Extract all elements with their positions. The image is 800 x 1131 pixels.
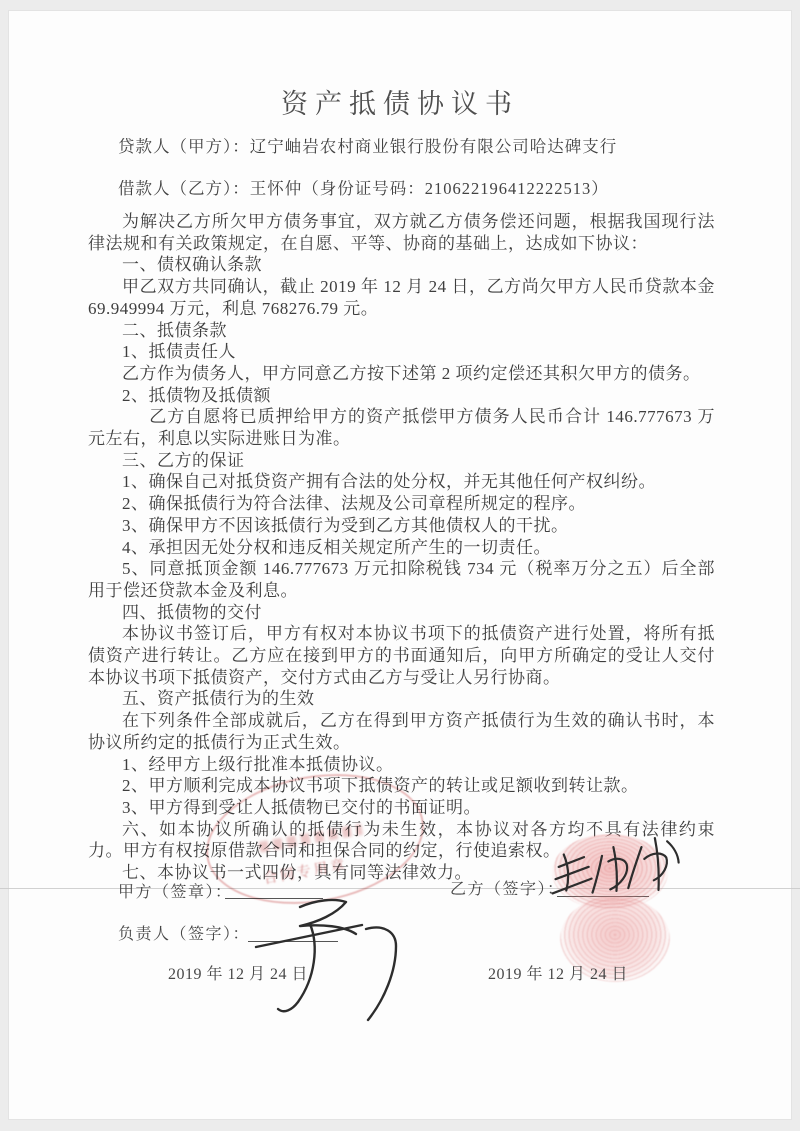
party-b-signature-label: 乙方（签字）：: [450, 876, 565, 899]
lender-line: 贷款人（甲方）：辽宁岫岩农村商业银行股份有限公司哈达碑支行: [118, 133, 738, 157]
scanned-agreement-page: { "document": { "title": "资产抵债协议书", "len…: [0, 0, 800, 1131]
paragraph: 甲乙双方共同确认，截止 2019 年 12 月 24 日，乙方尚欠甲方人民币贷款…: [88, 276, 715, 319]
paragraph: 乙方作为债务人，甲方同意乙方按下述第 2 项约定偿还其积欠甲方的债务。: [88, 363, 715, 385]
date-party-b: 2019 年 12 月 24 日: [488, 961, 628, 984]
paragraph: 为解决乙方所欠甲方债务事宜，双方就乙方债务偿还问题，根据我国现行法律法规和有关政…: [88, 211, 715, 254]
paragraph: 2、甲方顺利完成本协议书项下抵债资产的转让或足额收到转让款。: [88, 775, 715, 797]
paragraph: 3、确保甲方不因该抵债行为受到乙方其他债权人的干扰。: [88, 515, 715, 537]
borrower-line: 借款人（乙方）：王怀仲（身份证号码：210622196412222513）: [118, 175, 738, 199]
paragraph: 1、抵债责任人: [88, 341, 715, 363]
paragraph: 一、债权确认条款: [88, 254, 715, 276]
manager-signature-label: 负责人（签字）：: [118, 921, 250, 944]
paragraph: 五、资产抵债行为的生效: [88, 688, 715, 710]
paragraph: 六、如本协议所确认的抵债行为未生效，本协议对各方均不具有法律约束力。甲方有权按原…: [88, 819, 715, 862]
paragraph: 5、同意抵顶金额 146.777673 万元扣除税钱 734 元（税率万分之五）…: [88, 558, 715, 601]
paragraph: 三、乙方的保证: [88, 450, 715, 472]
paragraph: 1、确保自己对抵贷资产拥有合法的处分权，并无其他任何产权纠纷。: [88, 471, 715, 493]
document-title: 资产抵债协议书: [0, 82, 800, 121]
date-party-a: 2019 年 12 月 24 日: [168, 961, 308, 984]
party-a-signature-line: [225, 898, 323, 899]
paragraph: 二、抵债条款: [88, 320, 715, 342]
paragraph: 本协议书签订后，甲方有权对本协议书项下的抵债资产进行处置，将所有抵债资产进行转让…: [88, 623, 715, 688]
paragraph: 4、承担因无处分权和违反相关规定所产生的一切责任。: [88, 537, 715, 559]
agreement-body: 为解决乙方所欠甲方债务事宜，双方就乙方债务偿还问题，根据我国现行法律法规和有关政…: [88, 211, 715, 884]
paragraph: 在下列条件全部成就后，乙方在得到甲方资产抵债行为生效的确认书时，本协议所约定的抵…: [88, 710, 715, 753]
paragraph: 乙方自愿将已质押给甲方的资产抵偿甲方债务人民币合计 146.777673 万元左…: [88, 406, 715, 449]
manager-signature-line: [248, 941, 338, 942]
paragraph: 2、确保抵债行为符合法律、法规及公司章程所规定的程序。: [88, 493, 715, 515]
paragraph: 四、抵债物的交付: [88, 602, 715, 624]
party-a-signature-label: 甲方（签章）：: [118, 879, 233, 902]
party-b-signature-line: [557, 896, 649, 897]
paragraph: 2、抵债物及抵债额: [88, 385, 715, 407]
paragraph: 1、经甲方上级行批准本抵债协议。: [88, 754, 715, 776]
paragraph: 3、甲方得到受让人抵债物已交付的书面证明。: [88, 797, 715, 819]
